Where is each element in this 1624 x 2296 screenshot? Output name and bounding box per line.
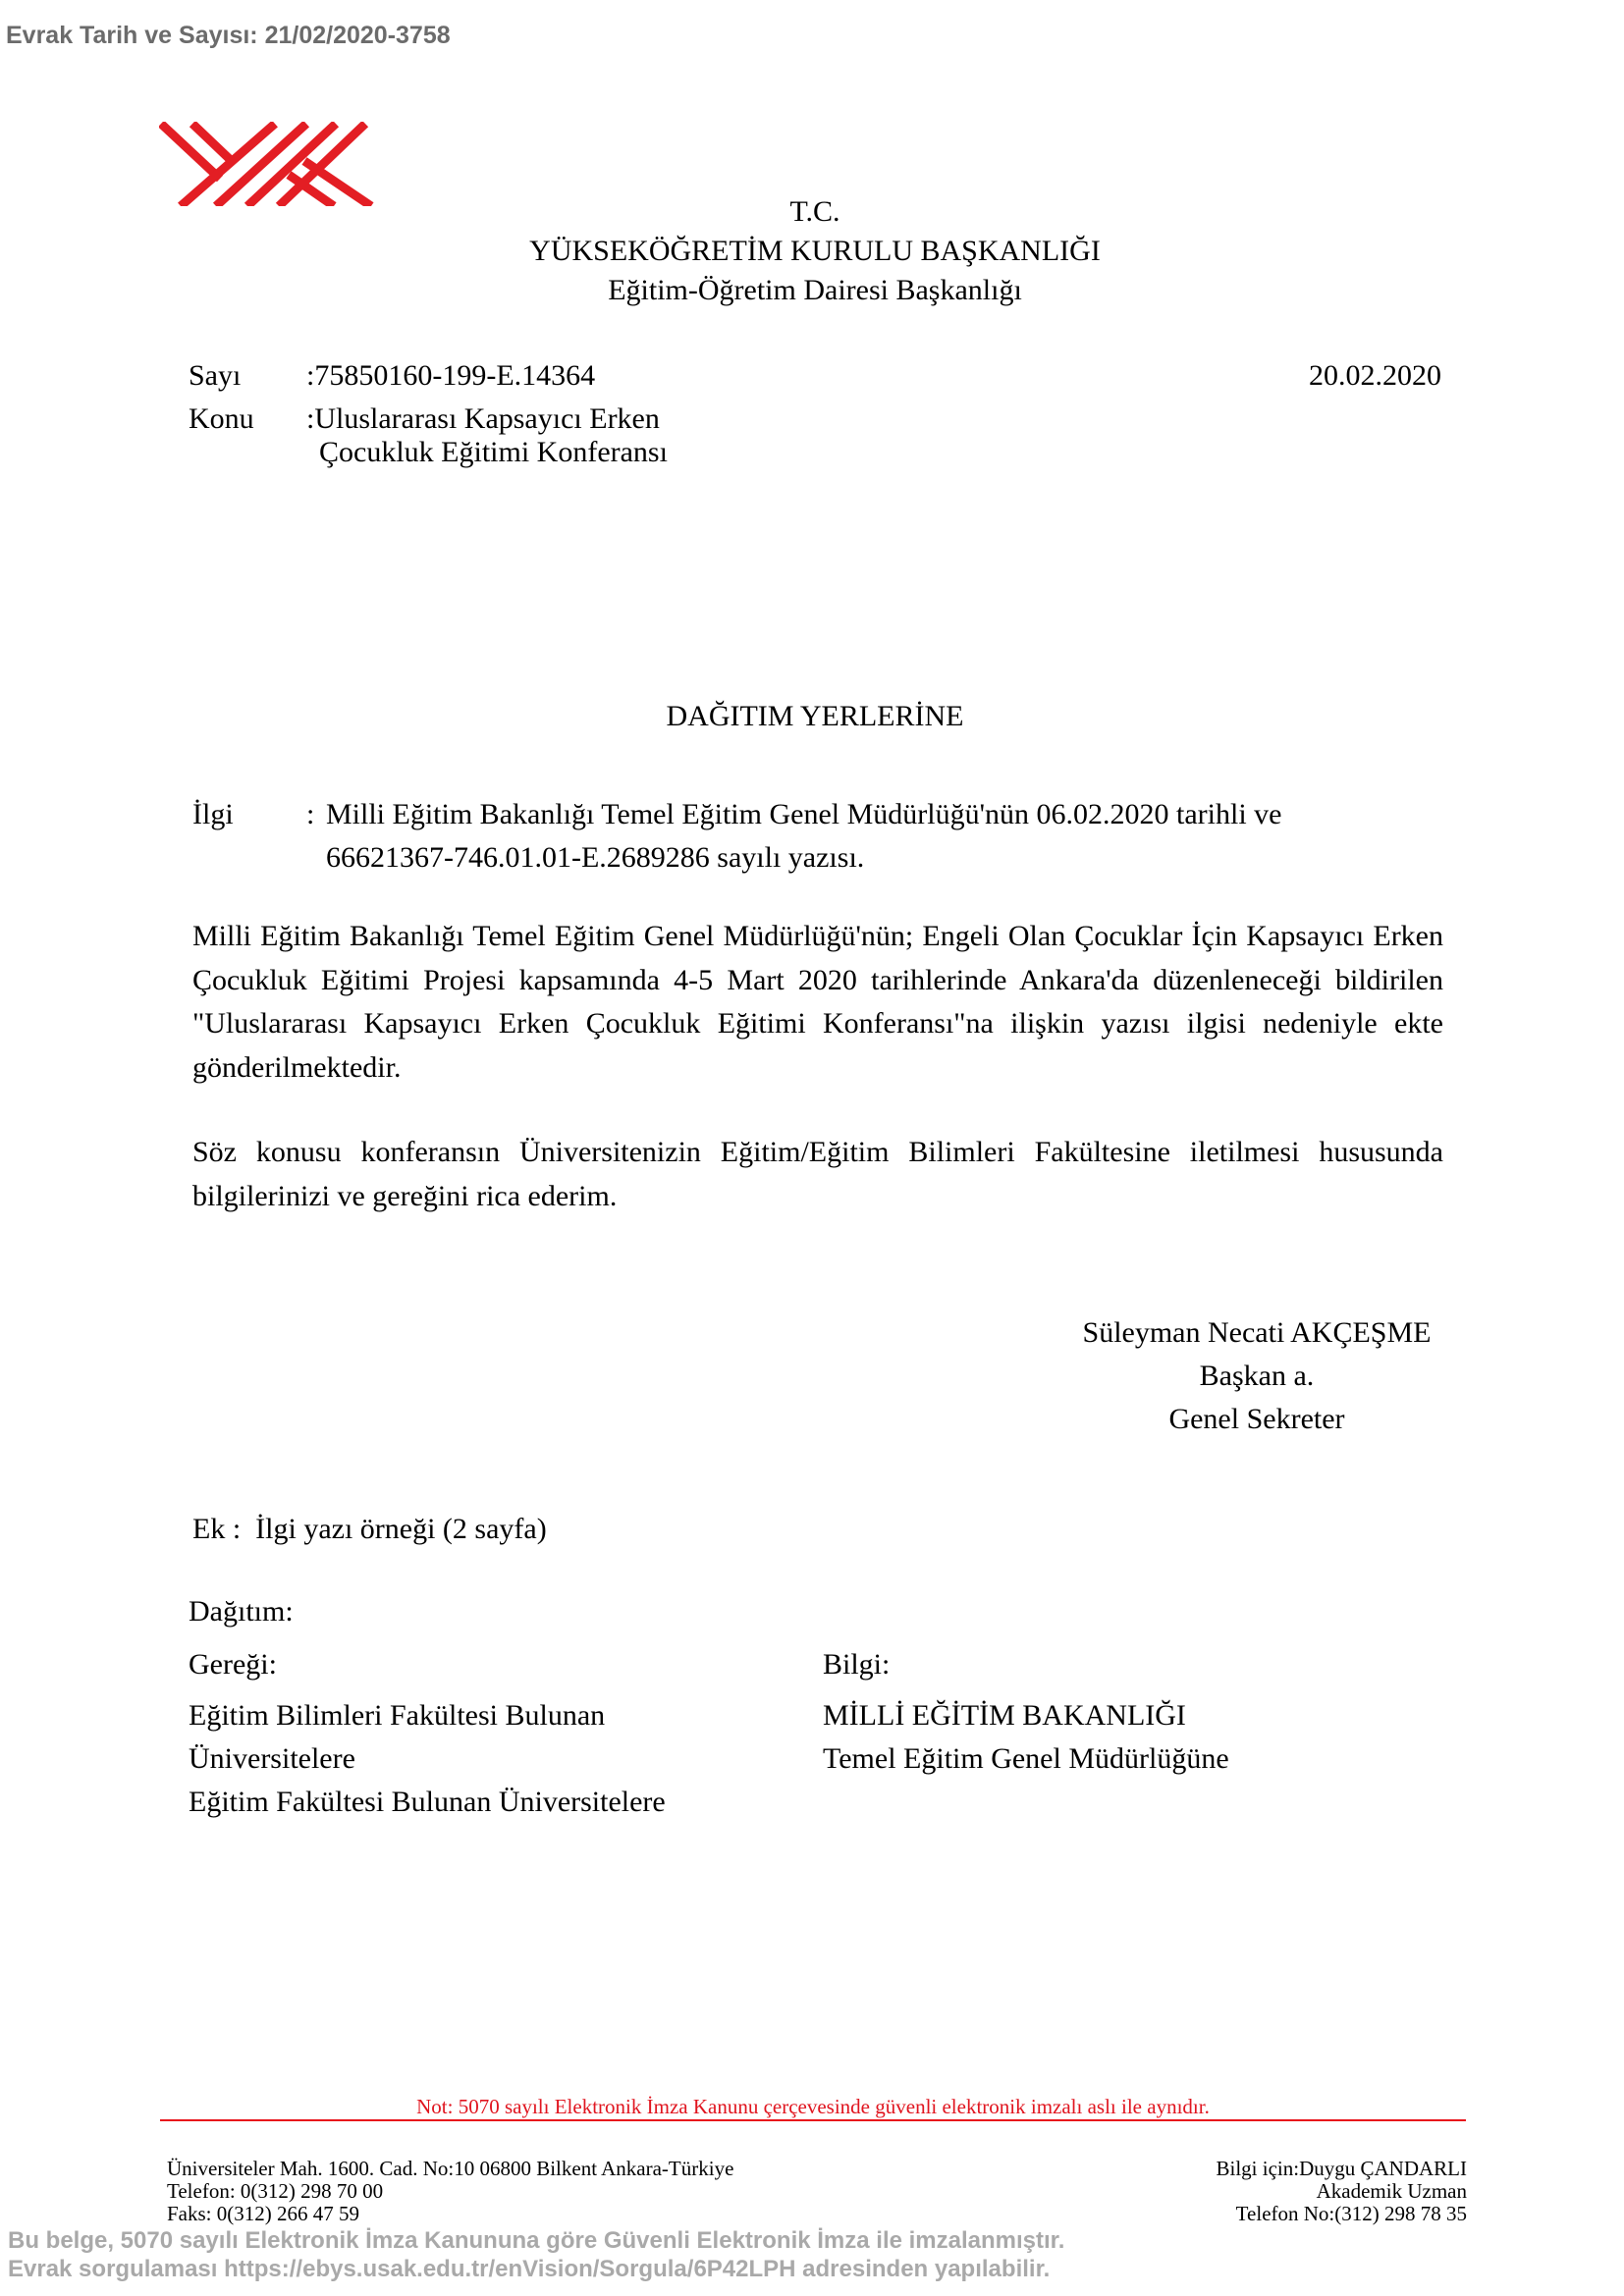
gereği-item: Eğitim Fakültesi Bulunan Üniversitelere: [189, 1781, 666, 1824]
footer-phone: Telefon: 0(312) 298 70 00: [167, 2180, 733, 2203]
header-tc: T.C.: [324, 192, 1306, 232]
signature-block: Süleyman Necati AKÇEŞME Başkan a. Genel …: [1041, 1311, 1473, 1441]
sayi-value: :75850160-199-E.14364: [306, 359, 595, 393]
gereği-item: Eğitim Bilimleri Fakültesi Bulunan: [189, 1694, 666, 1737]
ilgi-colon: :: [306, 793, 314, 836]
contact-phone: Telefon No:(312) 298 78 35: [1217, 2203, 1468, 2225]
bilgi-item: Temel Eğitim Genel Müdürlüğüne: [823, 1737, 1229, 1781]
e-signature-stamp: Bu belge, 5070 sayılı Elektronik İmza Ka…: [8, 2226, 1064, 2283]
header-department: Eğitim-Öğretim Dairesi Başkanlığı: [324, 271, 1306, 310]
body-paragraph-2: Söz konusu konferansın Üniversitenizin E…: [192, 1131, 1443, 1218]
gereği-item: Üniversitelere: [189, 1737, 666, 1781]
attachment-line: Ek : İlgi yazı örneği (2 sayfa): [192, 1508, 547, 1551]
reference-block: İlgi : Milli Eğitim Bakanlığı Temel Eğit…: [192, 793, 1459, 881]
footer-address: Üniversiteler Mah. 1600. Cad. No:10 0680…: [167, 2158, 733, 2180]
signatory-title: Başkan a.: [1041, 1355, 1473, 1398]
distribution-title: Dağıtım:: [189, 1590, 294, 1633]
bilgi-label: Bilgi:: [823, 1643, 1229, 1686]
ilgi-line-1: Milli Eğitim Bakanlığı Temel Eğitim Gene…: [326, 793, 1281, 836]
ilgi-label: İlgi: [192, 793, 234, 836]
footer-address-block: Üniversiteler Mah. 1600. Cad. No:10 0680…: [167, 2158, 733, 2225]
verification-url-text[interactable]: Evrak sorgulaması https://ebys.usak.edu.…: [8, 2255, 1064, 2283]
header-institution: YÜKSEKÖĞRETİM KURULU BAŞKANLIĞI: [324, 232, 1306, 271]
signatory-name: Süleyman Necati AKÇEŞME: [1041, 1311, 1473, 1355]
konu-value: :Uluslararası Kapsayıcı Erken: [306, 402, 660, 436]
document-meta: Sayı :75850160-199-E.14364 20.02.2020 Ko…: [189, 359, 1445, 477]
contact-title: Akademik Uzman: [1217, 2180, 1468, 2203]
distribution-gereği: Gereği: Eğitim Bilimleri Fakültesi Bulun…: [189, 1643, 666, 1824]
addressee-heading: DAĞITIM YERLERİNE: [324, 695, 1306, 738]
contact-person: Bilgi için:Duygu ÇANDARLI: [1217, 2158, 1468, 2180]
bilgi-item: MİLLİ EĞİTİM BAKANLIĞI: [823, 1694, 1229, 1737]
footer-contact-block: Bilgi için:Duygu ÇANDARLI Akademik Uzman…: [1217, 2158, 1468, 2225]
footer-fax: Faks: 0(312) 266 47 59: [167, 2203, 733, 2225]
e-signature-note: Not: 5070 sayılı Elektronik İmza Kanunu …: [160, 2095, 1466, 2119]
distribution-bilgi: Bilgi: MİLLİ EĞİTİM BAKANLIĞI Temel Eğit…: [823, 1643, 1229, 1781]
sayi-label: Sayı: [189, 359, 241, 393]
footer-divider: [160, 2119, 1466, 2121]
signatory-position: Genel Sekreter: [1041, 1398, 1473, 1441]
konu-label: Konu: [189, 402, 254, 436]
document-date: 20.02.2020: [1309, 359, 1441, 393]
e-signature-statement: Bu belge, 5070 sayılı Elektronik İmza Ka…: [8, 2226, 1064, 2255]
document-date-number-stamp: Evrak Tarih ve Sayısı: 21/02/2020-3758: [6, 22, 451, 50]
gereği-label: Gereği:: [189, 1643, 666, 1686]
konu-value-continued: Çocukluk Eğitimi Konferansı: [319, 436, 668, 469]
institution-header: T.C. YÜKSEKÖĞRETİM KURULU BAŞKANLIĞI Eği…: [324, 192, 1306, 310]
ilgi-line-2: 66621367-746.01.01-E.2689286 sayılı yazı…: [326, 836, 864, 880]
body-paragraph-1: Milli Eğitim Bakanlığı Temel Eğitim Gene…: [192, 915, 1443, 1090]
